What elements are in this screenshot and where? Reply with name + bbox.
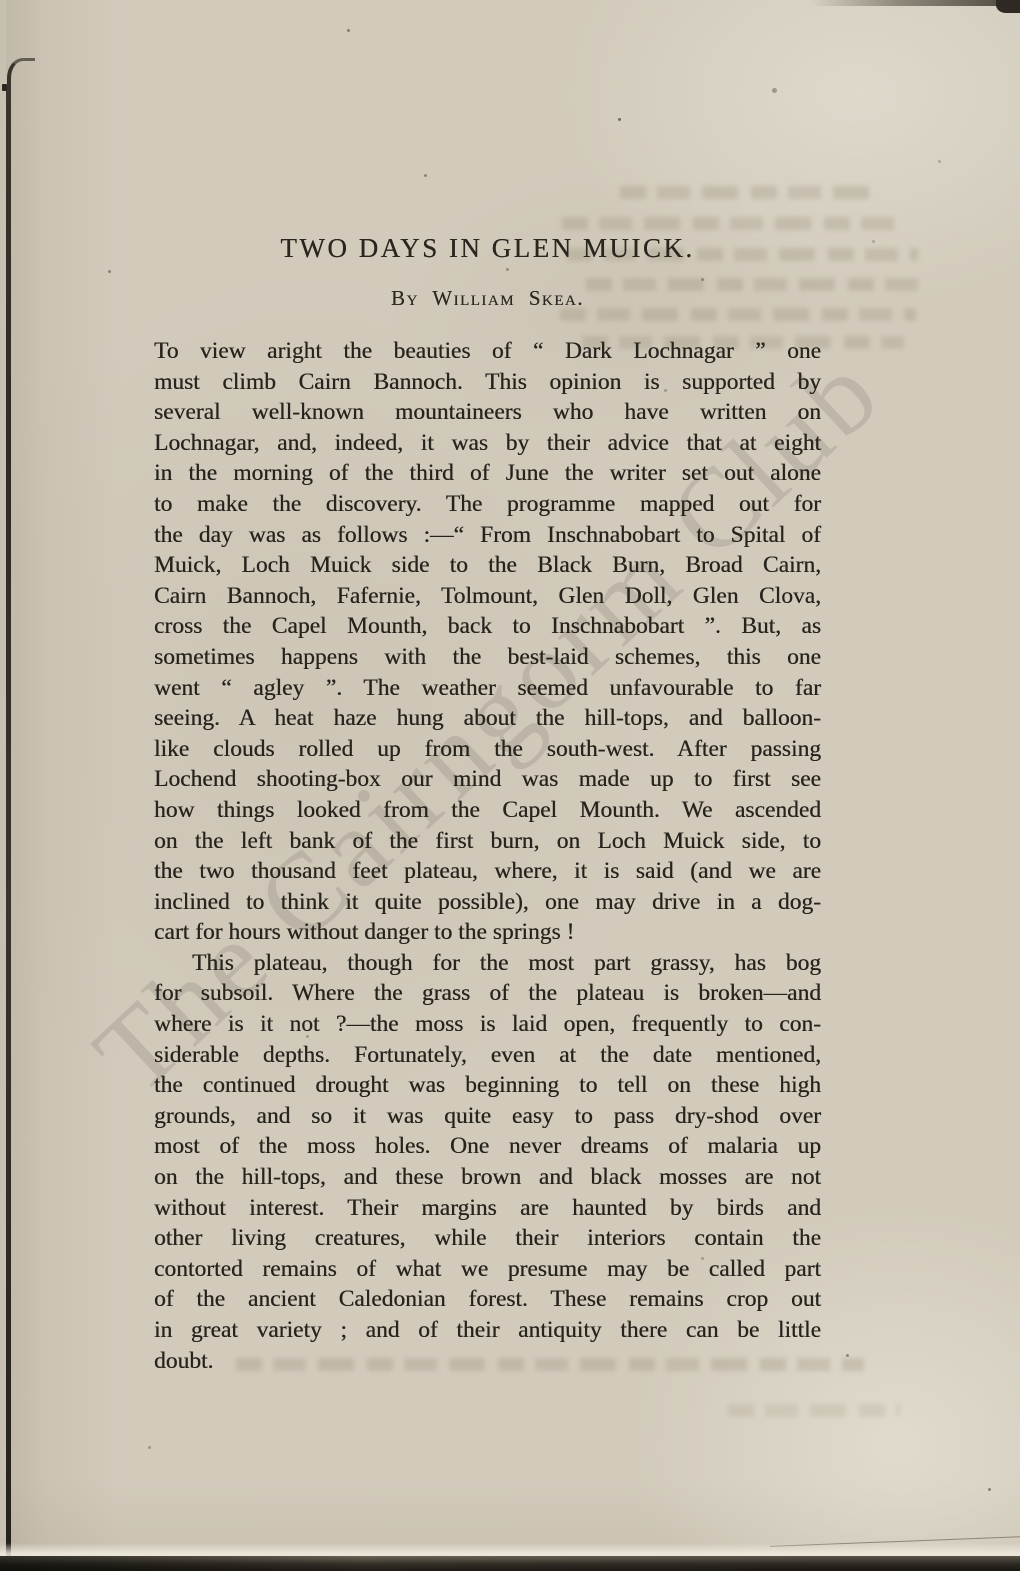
text-line: most of the moss holes. One never dreams…	[154, 1131, 821, 1162]
text-line: on the hill-tops, and these brown and bl…	[154, 1162, 821, 1193]
text-line: like clouds rolled up from the south-wes…	[154, 734, 821, 765]
text-line: other living creatures, while their inte…	[154, 1223, 821, 1254]
paper-specks	[0, 0, 3, 3]
text-line: several well-known mountaineers who have…	[154, 397, 821, 428]
article-body: To view aright the beauties of “ Dark Lo…	[154, 336, 821, 1376]
text-line: the continued drought was beginning to t…	[154, 1070, 821, 1101]
binding-crease-line	[6, 86, 11, 1571]
text-line: contorted remains of what we presume may…	[154, 1254, 821, 1285]
text-line: of the ancient Caledonian forest. These …	[154, 1284, 821, 1315]
binding-crease-hook	[7, 58, 35, 97]
text-line: without interest. Their margins are haun…	[154, 1193, 821, 1224]
text-line: how things looked from the Capel Mounth.…	[154, 795, 821, 826]
text-line: sometimes happens with the best-laid sch…	[154, 642, 821, 673]
text-line: went “ agley ”. The weather seemed unfav…	[154, 673, 821, 704]
text-line: cart for hours without danger to the spr…	[154, 917, 821, 948]
text-line: siderable depths. Fortunately, even at t…	[154, 1040, 821, 1071]
text-line: Lochend shooting-box our mind was made u…	[154, 764, 821, 795]
text-line: inclined to think it quite possible), on…	[154, 887, 821, 918]
article-title: TWO DAYS IN GLEN MUICK.	[154, 233, 821, 264]
binding-ink-dot	[2, 84, 7, 91]
scanned-page: The Cairngorm Club TWO DAYS IN GLEN MUIC…	[0, 0, 1020, 1571]
text-line: seeing. A heat haze hung about the hill-…	[154, 703, 821, 734]
article-byline: By William Skea.	[154, 286, 821, 311]
text-line: Lochnagar, and, indeed, it was by their …	[154, 428, 821, 459]
text-line: for subsoil. Where the grass of the plat…	[154, 978, 821, 1009]
text-line: on the left bank of the first burn, on L…	[154, 826, 821, 857]
text-line: to make the discovery. The programme map…	[154, 489, 821, 520]
text-line: Cairn Bannoch, Fafernie, Tolmount, Glen …	[154, 581, 821, 612]
bottom-edge-highlight	[0, 1543, 1020, 1556]
text-line: where is it not ?—the moss is laid open,…	[154, 1009, 821, 1040]
text-line: the day was as follows :—“ From Inschnab…	[154, 520, 821, 551]
top-right-corner-mark	[996, 0, 1020, 13]
text-line: To view aright the beauties of “ Dark Lo…	[154, 336, 821, 367]
text-line: doubt.	[154, 1346, 821, 1377]
text-line: cross the Capel Mounth, back to Inschnab…	[154, 611, 821, 642]
text-line: This plateau, though for the most part g…	[154, 948, 821, 979]
text-line: the two thousand feet plateau, where, it…	[154, 856, 821, 887]
text-line: Muick, Loch Muick side to the Black Burn…	[154, 550, 821, 581]
text-line: in great variety ; and of their antiquit…	[154, 1315, 821, 1346]
bottom-page-edge	[0, 1556, 1020, 1571]
text-line: grounds, and so it was quite easy to pas…	[154, 1101, 821, 1132]
text-line: in the morning of the third of June the …	[154, 458, 821, 489]
text-line: must climb Cairn Bannoch. This opinion i…	[154, 367, 821, 398]
top-edge-shadow	[810, 0, 1020, 6]
